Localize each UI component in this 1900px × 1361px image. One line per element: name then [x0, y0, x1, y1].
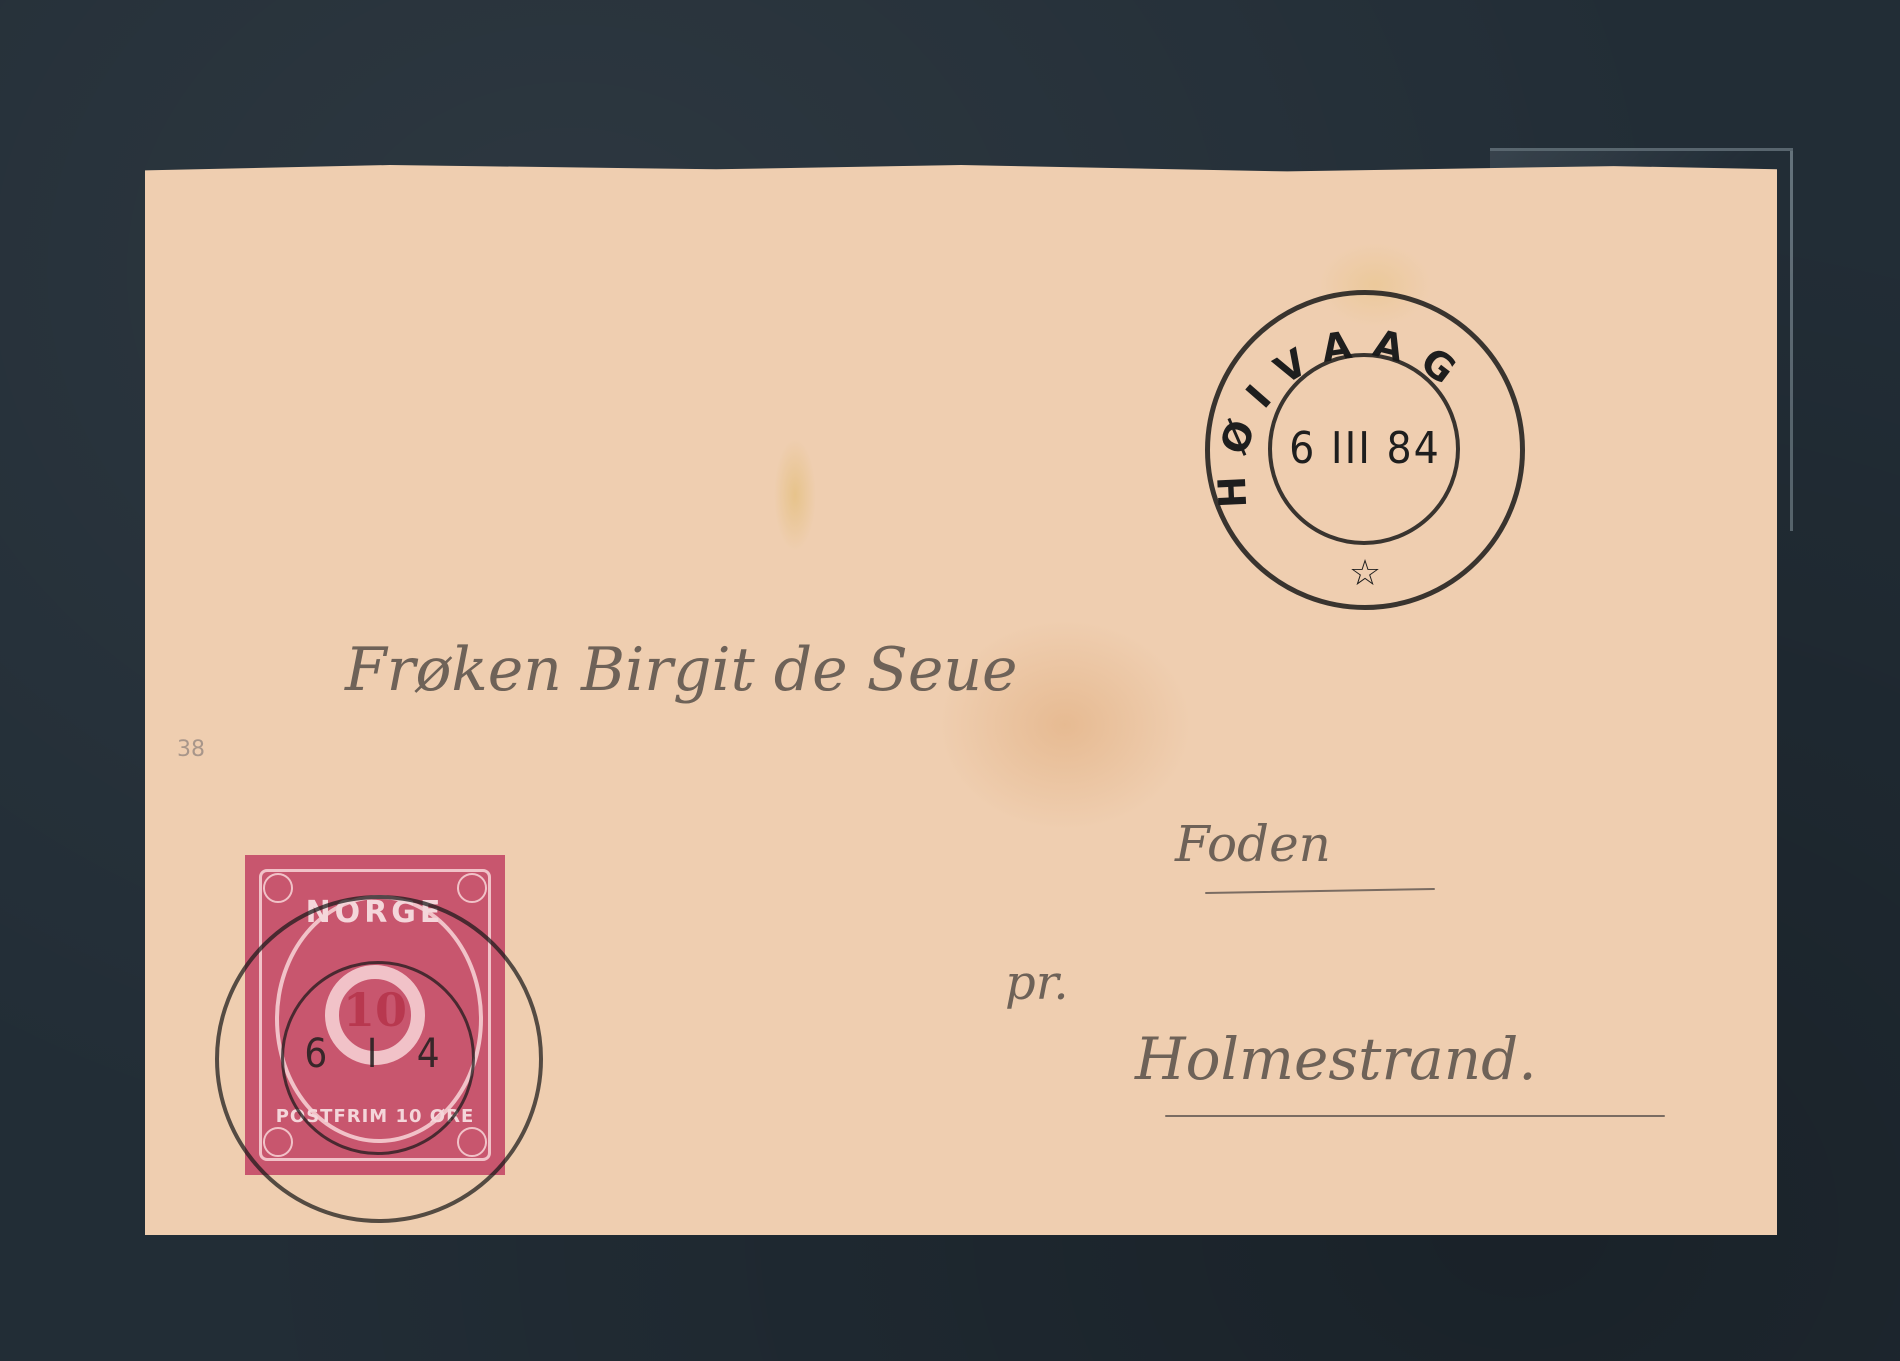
underline [1205, 888, 1435, 894]
underline [1165, 1115, 1665, 1117]
postmark-date: 6 III 84 [1210, 423, 1520, 474]
address-via: pr. [1005, 955, 1069, 1011]
postage-stamp: NORGE 10 POSTFRIM 10 ØRE 6 I 4 [245, 855, 505, 1175]
stamp-cancellation: 6 I 4 [215, 895, 543, 1223]
address-town: Holmestrand. [1135, 1025, 1537, 1093]
address-place: Foden [1175, 815, 1331, 873]
postmark-hoivaag: HØIVAAG 6 III 84 ☆ [1205, 290, 1525, 610]
cancel-date: 6 I 4 [219, 1031, 539, 1077]
pencil-note: 38 [177, 737, 205, 762]
address-recipient: Frøken Birgit de Seue [345, 635, 1018, 705]
envelope: HØIVAAG 6 III 84 ☆ NORGE 10 POSTFRIM 10 … [145, 165, 1777, 1235]
star-icon: ☆ [1210, 553, 1520, 594]
